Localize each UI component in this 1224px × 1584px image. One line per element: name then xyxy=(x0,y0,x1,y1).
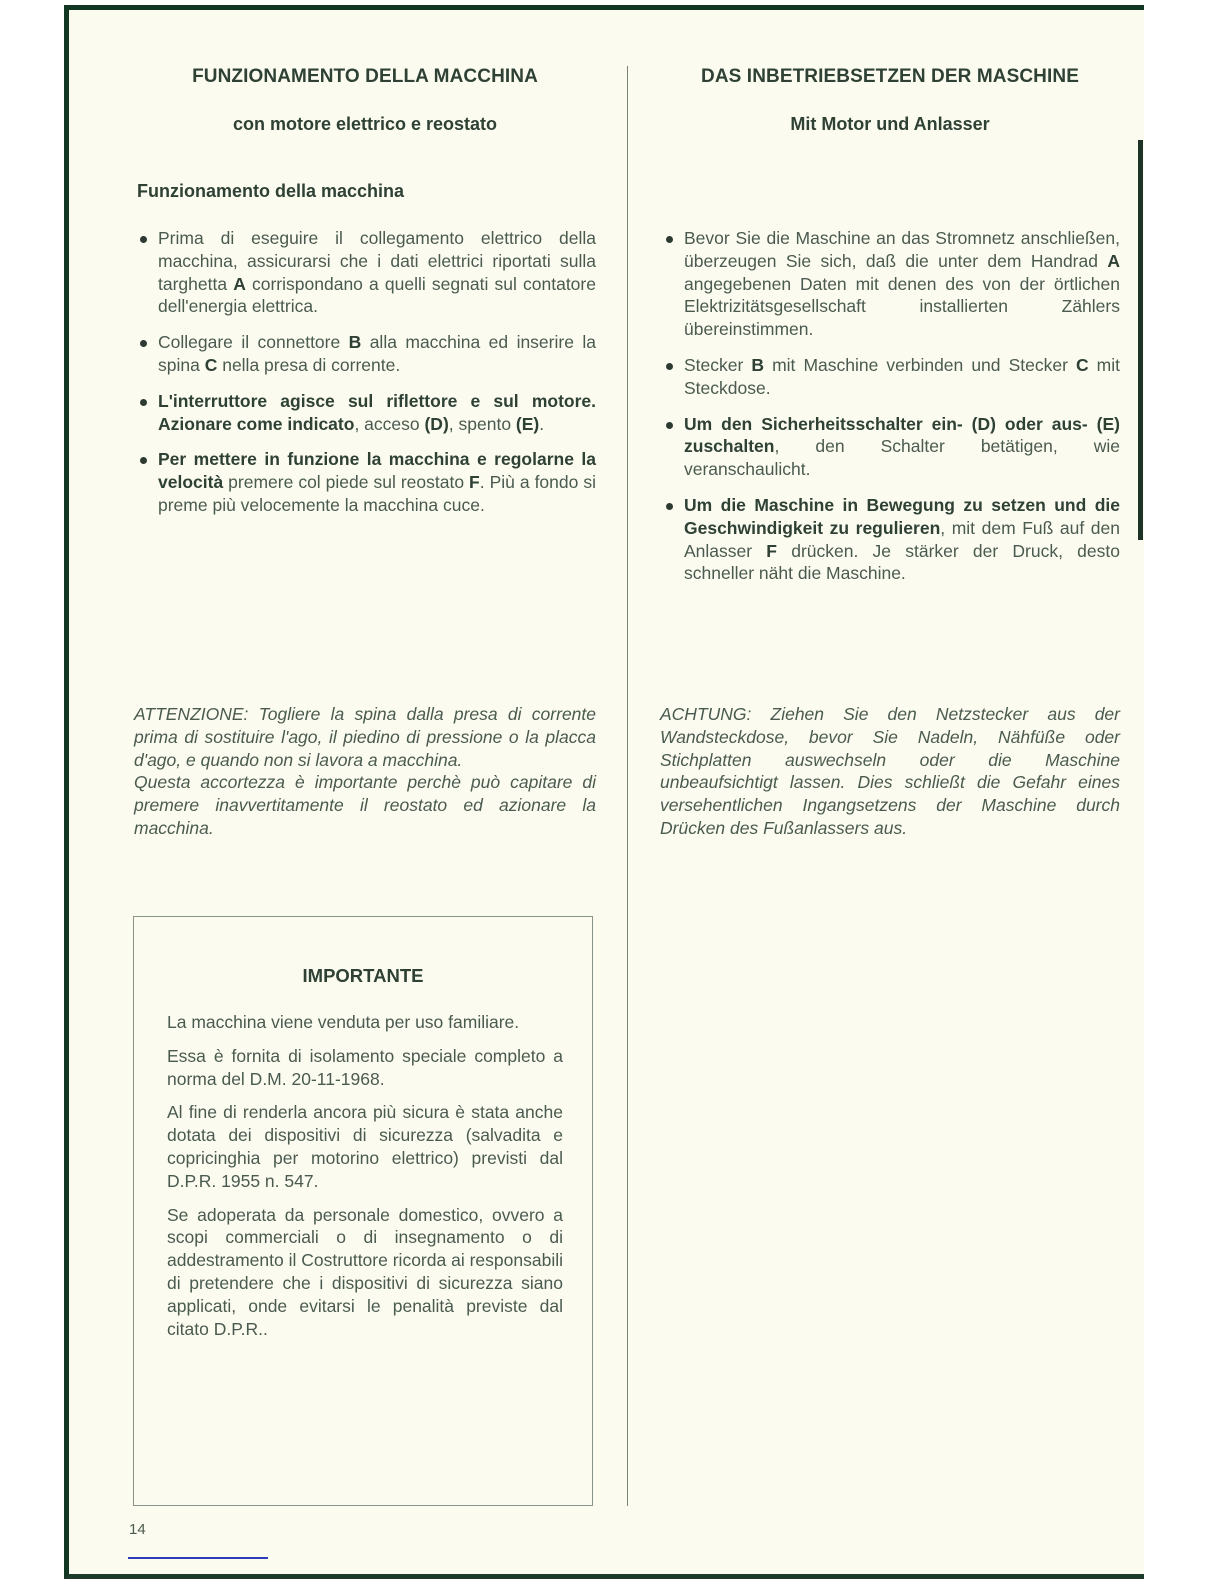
important-notice-box: IMPORTANTE La macchina viene venduta per… xyxy=(133,916,593,1506)
german-warning: ACHTUNG: Ziehen Sie den Netzstecker aus … xyxy=(660,703,1120,840)
italian-title: FUNZIONAMENTO DELLA MACCHINA xyxy=(134,66,596,88)
paragraph: Se adoperata da personale domestico, ovv… xyxy=(167,1204,563,1341)
important-body: La macchina viene venduta per uso famili… xyxy=(167,1011,563,1351)
page-number: 14 xyxy=(129,1521,146,1538)
german-title: DAS INBETRIEBSETZEN DER MASCHINE xyxy=(660,66,1120,88)
italian-section-heading: Funzionamento della macchina xyxy=(137,181,404,202)
paragraph: ATTENZIONE: Togliere la spina dalla pres… xyxy=(134,703,596,771)
page-edge-shadow xyxy=(1138,140,1143,540)
paragraph: Questa accortezza è importante perchè pu… xyxy=(134,771,596,839)
german-subtitle: Mit Motor und Anlasser xyxy=(660,114,1120,135)
important-title: IMPORTANTE xyxy=(134,965,592,987)
german-bullet-list: Bevor Sie die Maschine an das Stromnetz … xyxy=(660,227,1120,598)
paragraph: ACHTUNG: Ziehen Sie den Netzstecker aus … xyxy=(660,703,1120,840)
bullet-item: Stecker B mit Maschine verbinden und Ste… xyxy=(660,354,1120,400)
bullet-item: L'interruttore agisce sul riflettore e s… xyxy=(134,390,596,436)
bullet-item: Bevor Sie die Maschine an das Stromnetz … xyxy=(660,227,1120,341)
italian-bullet-list: Prima di eseguire il collegamento elettr… xyxy=(134,227,596,530)
bullet-item: Prima di eseguire il collegamento elettr… xyxy=(134,227,596,318)
paragraph: Essa è fornita di isolamento speciale co… xyxy=(167,1045,563,1091)
page-footer-line xyxy=(128,1557,268,1559)
italian-warning: ATTENZIONE: Togliere la spina dalla pres… xyxy=(134,703,596,840)
column-divider xyxy=(627,66,628,1506)
italian-subtitle: con motore elettrico e reostato xyxy=(134,114,596,135)
bullet-item: Um den Sicherheitsschalter ein- (D) oder… xyxy=(660,413,1120,481)
bullet-item: Collegare il connettore B alla macchina … xyxy=(134,331,596,377)
bullet-item: Um die Maschine in Bewegung zu setzen un… xyxy=(660,494,1120,585)
paragraph: La macchina viene venduta per uso famili… xyxy=(167,1011,563,1034)
paragraph: Al fine di renderla ancora più sicura è … xyxy=(167,1101,563,1192)
bullet-item: Per mettere in funzione la macchina e re… xyxy=(134,448,596,516)
